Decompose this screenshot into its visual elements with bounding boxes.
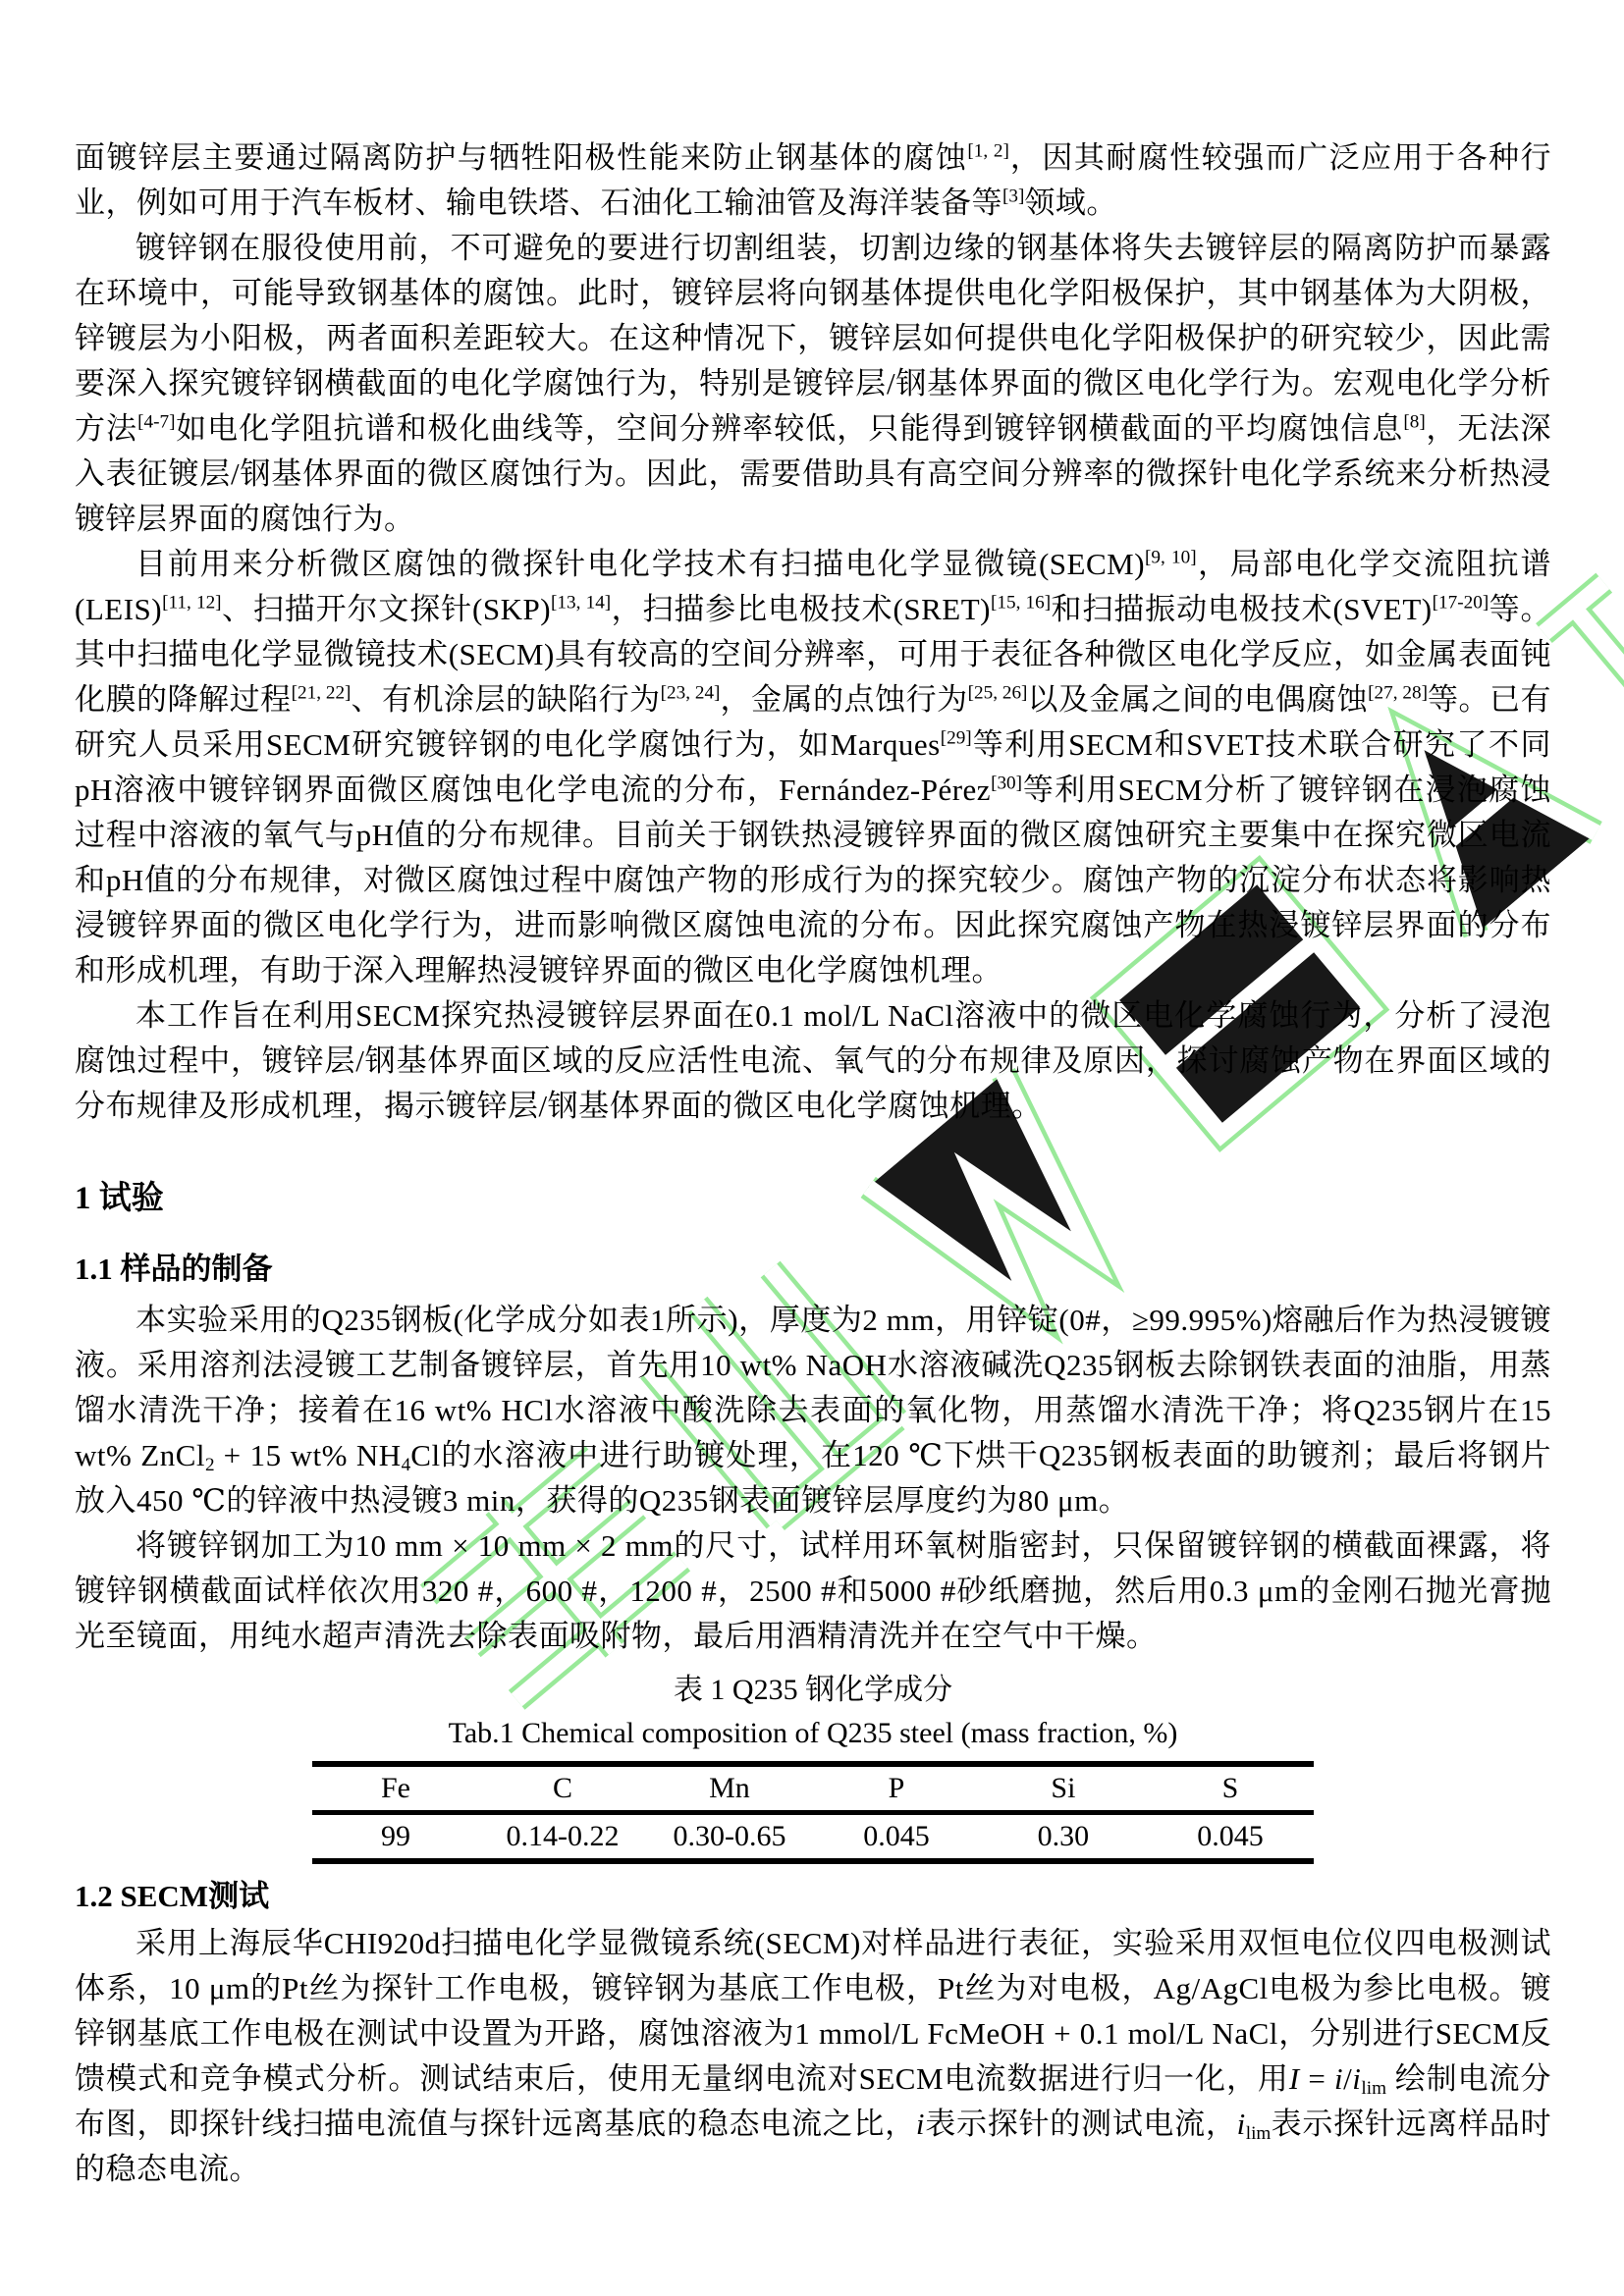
table1-data-cell: 0.30 — [980, 1813, 1147, 1862]
paragraph-intro-3: 目前用来分析微区腐蚀的微探针电化学技术有扫描电化学显微镜(SECM)[9, 10… — [75, 542, 1551, 993]
section-heading-1: 1 试验 — [75, 1176, 1551, 1221]
table1-header-cell: Fe — [312, 1764, 479, 1813]
paper-page: { "document": { "language": "zh-CN", "wa… — [0, 0, 1624, 2296]
table1-header-cell: C — [479, 1764, 646, 1813]
table1-data-cell: 0.045 — [813, 1813, 980, 1862]
table1-chemical-composition: Fe C Mn P Si S 99 0.14-0.22 0.30-0.65 0.… — [312, 1761, 1314, 1864]
paragraph-sample-prep-2: 将镀锌钢加工为10 mm × 10 mm × 2 mm的尺寸，试样用环氧树脂密封… — [75, 1523, 1551, 1659]
table1-header-cell: Mn — [646, 1764, 813, 1813]
table1-header-cell: P — [813, 1764, 980, 1813]
table1-data-cell: 99 — [312, 1813, 479, 1862]
paragraph-sample-prep-1: 本实验采用的Q235钢板(化学成分如表1所示)，厚度为2 mm，用锌锭(0#，≥… — [75, 1298, 1551, 1523]
paragraph-intro-4: 本工作旨在利用SECM探究热浸镀锌层界面在0.1 mol/L NaCl溶液中的微… — [75, 993, 1551, 1129]
page-body: 面镀锌层主要通过隔离防护与牺牲阳极性能来防止钢基体的腐蚀[1, 2]，因其耐腐性… — [75, 135, 1551, 2192]
paragraph-intro-1: 面镀锌层主要通过隔离防护与牺牲阳极性能来防止钢基体的腐蚀[1, 2]，因其耐腐性… — [75, 135, 1551, 226]
table1-header-cell: S — [1147, 1764, 1314, 1813]
table1-data-cell: 0.30-0.65 — [646, 1813, 813, 1862]
paragraph-intro-2: 镀锌钢在服役使用前，不可避免的要进行切割组装，切割边缘的钢基体将失去镀锌层的隔离… — [75, 226, 1551, 542]
table1-data-row: 99 0.14-0.22 0.30-0.65 0.045 0.30 0.045 — [312, 1813, 1314, 1862]
section-heading-1-2: 1.2 SECM测试 — [75, 1874, 1551, 1919]
table1-caption-zh: 表 1 Q235 钢化学成分 — [75, 1669, 1551, 1712]
table1-data-cell: 0.14-0.22 — [479, 1813, 646, 1862]
paragraph-secm-test: 采用上海辰华CHI920d扫描电化学显微镜系统(SECM)对样品进行表征，实验采… — [75, 1921, 1551, 2192]
table1-header-cell: Si — [980, 1764, 1147, 1813]
table1-caption-en: Tab.1 Chemical composition of Q235 steel… — [75, 1712, 1551, 1755]
table1-data-cell: 0.045 — [1147, 1813, 1314, 1862]
section-heading-1-1: 1.1 样品的制备 — [75, 1247, 1551, 1292]
table1-header-row: Fe C Mn P Si S — [312, 1764, 1314, 1813]
